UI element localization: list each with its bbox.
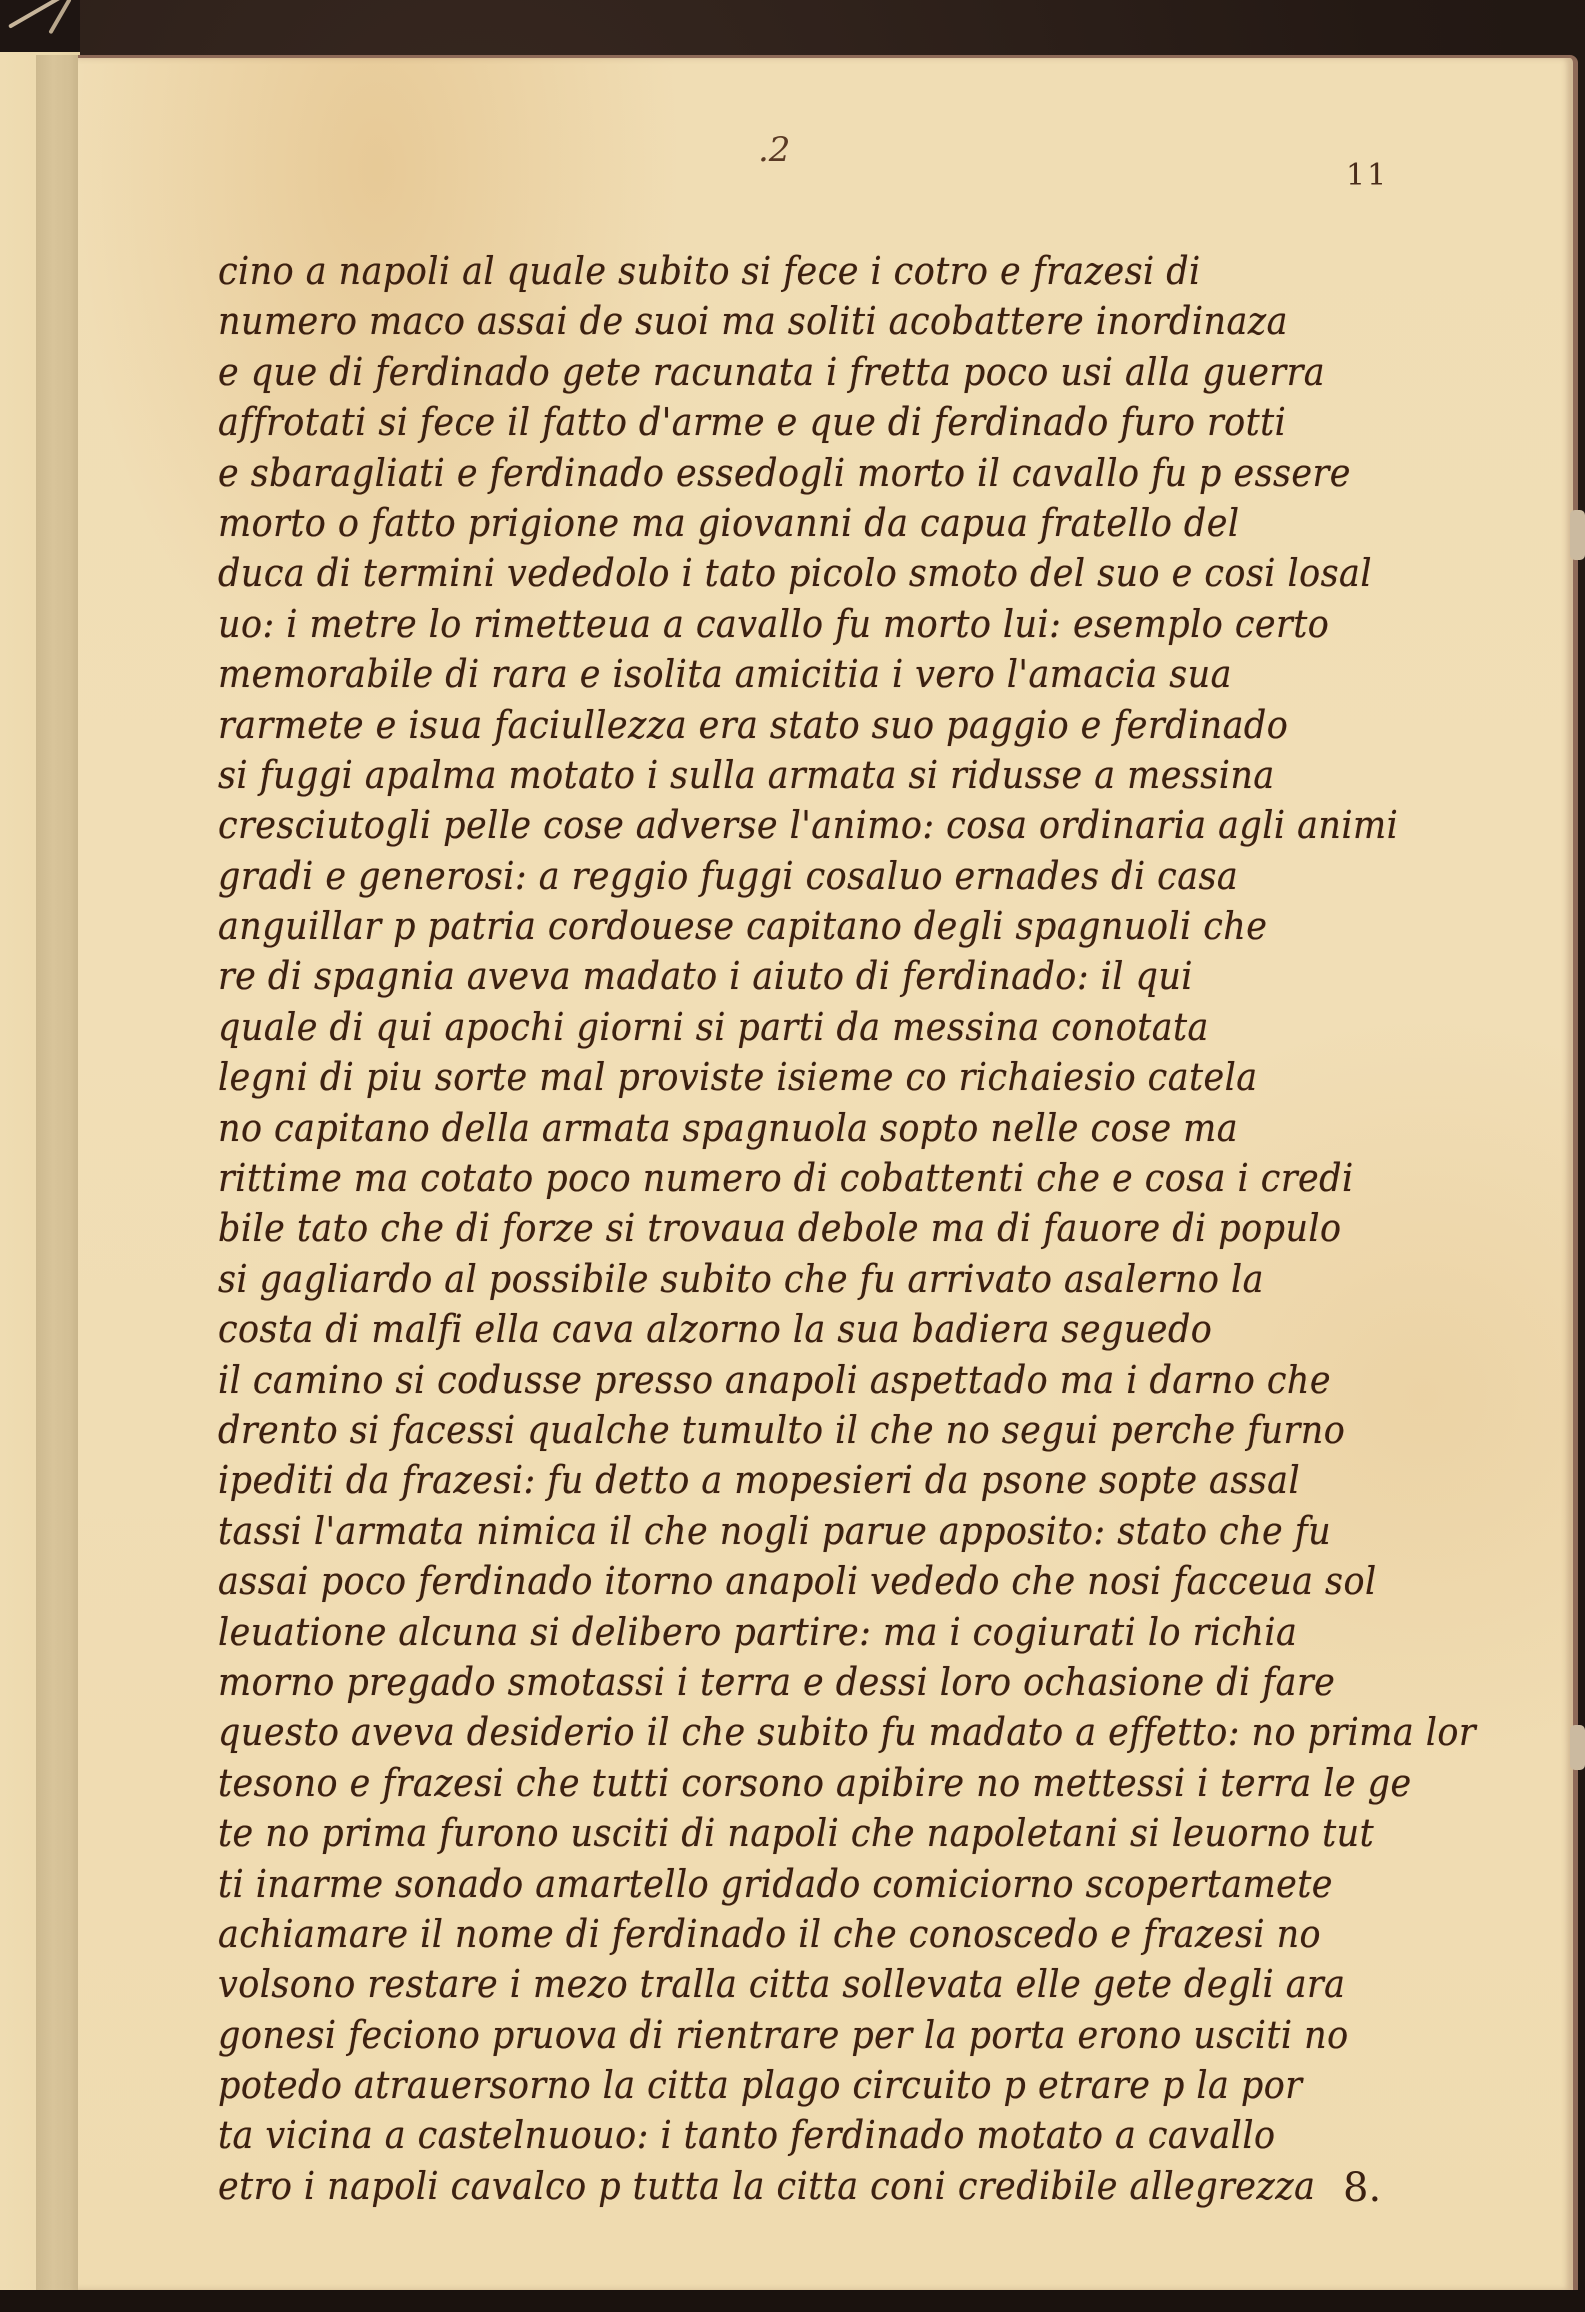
text-line: ta vicina a castelnuouo: i tanto ferdina…: [218, 2110, 1405, 2160]
text-line: no capitano della armata spagnuola sopto…: [218, 1103, 1405, 1153]
signature-mark: 8.: [1343, 2165, 1381, 2211]
text-line: etro i napoli cavalco p tutta la citta c…: [218, 2161, 1405, 2211]
text-line: cino a napoli al quale subito si fece i …: [218, 246, 1405, 296]
text-line: leuatione alcuna si delibero partire: ma…: [218, 1607, 1405, 1657]
text-line: morno pregado smotassi i terra e dessi l…: [218, 1657, 1405, 1707]
text-line: cresciutogli pelle cose adverse l'animo:…: [218, 800, 1405, 850]
binding-cord-lower: [1570, 1725, 1585, 1770]
text-line: drento si facessi qualche tumulto il che…: [218, 1405, 1405, 1455]
text-line: anguillar p patria cordouese capitano de…: [218, 901, 1405, 951]
text-line: e sbaragliati e ferdinado essedogli mort…: [218, 448, 1405, 498]
text-line: rarmete e isua faciullezza era stato suo…: [218, 700, 1405, 750]
text-line: uo: i metre lo rimetteua a cavallo fu mo…: [218, 599, 1405, 649]
text-line: volsono restare i mezo tralla citta soll…: [218, 1959, 1405, 2009]
text-line: duca di termini vededolo i tato picolo s…: [218, 548, 1405, 598]
manuscript-photo: .2 11 cino a napoli al quale subito si f…: [0, 0, 1585, 2312]
text-line: potedo atrauersorno la citta plago circu…: [218, 2060, 1405, 2110]
gutter-shadow: [36, 55, 79, 2290]
text-line: tassi l'armata nimica il che nogli parue…: [218, 1506, 1405, 1556]
folio-number: 11: [1346, 158, 1388, 193]
text-line: bile tato che di forze si trovaua debole…: [218, 1203, 1405, 1253]
text-line: rittime ma cotato poco numero di cobatte…: [218, 1153, 1405, 1203]
text-line: affrotati si fece il fatto d'arme e que …: [218, 397, 1405, 447]
text-line: assai poco ferdinado itorno anapoli vede…: [218, 1556, 1405, 1606]
text-line: re di spagnia aveva madato i aiuto di fe…: [218, 951, 1405, 1001]
text-line: tesono e frazesi che tutti corsono apibi…: [218, 1758, 1405, 1808]
bottom-background-edge: [0, 2290, 1585, 2312]
text-line: il camino si codusse presso anapoli aspe…: [218, 1355, 1405, 1405]
text-line: morto o fatto prigione ma giovanni da ca…: [218, 498, 1405, 548]
text-line: numero maco assai de suoi ma soliti acob…: [218, 296, 1405, 346]
text-line: ti inarme sonado amartello gridado comic…: [218, 1859, 1405, 1909]
text-line: e que di ferdinado gete racunata i frett…: [218, 347, 1405, 397]
text-line: quale di qui apochi giorni si parti da m…: [218, 1002, 1405, 1052]
text-line: gonesi feciono pruova di rientrare per l…: [218, 2010, 1405, 2060]
text-line: si gagliardo al possibile subito che fu …: [218, 1254, 1405, 1304]
manuscript-text-block: cino a napoli al quale subito si fece i …: [218, 246, 1508, 2211]
text-line: si fuggi apalma motato i sulla armata si…: [218, 750, 1405, 800]
text-line: te no prima furono usciti di napoli che …: [218, 1808, 1405, 1858]
manuscript-page: .2 11 cino a napoli al quale subito si f…: [78, 55, 1578, 2294]
text-line: memorabile di rara e isolita amicitia i …: [218, 649, 1405, 699]
text-line: costa di malfi ella cava alzorno la sua …: [218, 1304, 1405, 1354]
text-line: questo aveva desiderio il che subito fu …: [218, 1707, 1405, 1757]
text-line: legni di piu sorte mal proviste isieme c…: [218, 1052, 1405, 1102]
text-line: achiamare il nome di ferdinado il che co…: [218, 1909, 1405, 1959]
page-number-top: .2: [758, 130, 790, 170]
text-line: gradi e generosi: a reggio fuggi cosaluo…: [218, 851, 1405, 901]
binding-cord-upper: [1570, 510, 1585, 560]
text-line: ipediti da frazesi: fu detto a mopesieri…: [218, 1455, 1405, 1505]
binding-thread: [0, 0, 80, 55]
